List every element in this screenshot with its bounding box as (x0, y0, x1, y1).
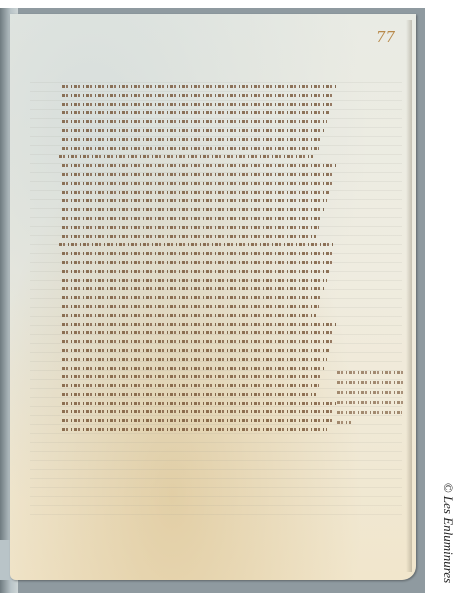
text-line (62, 410, 338, 415)
text-line (62, 191, 338, 196)
text-line (62, 358, 338, 363)
text-line (62, 314, 338, 319)
text-line (62, 287, 338, 292)
text-line (62, 226, 338, 231)
text-line (337, 391, 405, 396)
text-line (62, 85, 338, 90)
text-line (62, 164, 338, 169)
text-line (62, 173, 338, 178)
text-line (62, 235, 338, 240)
margin-note (337, 370, 405, 431)
text-line (62, 243, 338, 248)
text-line (62, 94, 338, 99)
text-line (337, 381, 405, 386)
text-line (62, 199, 338, 204)
text-line (62, 120, 338, 125)
text-line (62, 103, 338, 108)
text-line (62, 217, 338, 222)
text-line (62, 296, 338, 301)
text-line (62, 155, 338, 160)
text-line (62, 111, 338, 116)
text-line (62, 182, 338, 187)
text-line (62, 208, 338, 213)
page-edge (406, 20, 412, 572)
text-line (62, 305, 338, 310)
text-line (62, 138, 338, 143)
text-line (62, 402, 338, 407)
text-line (337, 401, 405, 406)
text-line (62, 129, 338, 134)
main-text-block (62, 84, 338, 437)
text-line (62, 419, 338, 424)
text-line (62, 270, 338, 275)
text-line (62, 375, 338, 380)
text-line (62, 261, 338, 266)
text-line (62, 279, 338, 284)
folio-number: 77 (376, 28, 395, 46)
text-line (62, 428, 338, 433)
text-line (62, 393, 338, 398)
text-line (62, 367, 338, 372)
text-line (62, 349, 338, 354)
text-line (62, 340, 338, 345)
text-line (337, 421, 405, 426)
text-line (337, 411, 405, 416)
text-line (62, 147, 338, 152)
text-line (62, 323, 338, 328)
text-line (337, 371, 405, 376)
credit-text: © Les Enluminures (440, 483, 456, 583)
copyright-credit: © Les Enluminures (438, 468, 458, 598)
text-line (62, 331, 338, 336)
text-line (62, 252, 338, 257)
text-line (62, 384, 338, 389)
